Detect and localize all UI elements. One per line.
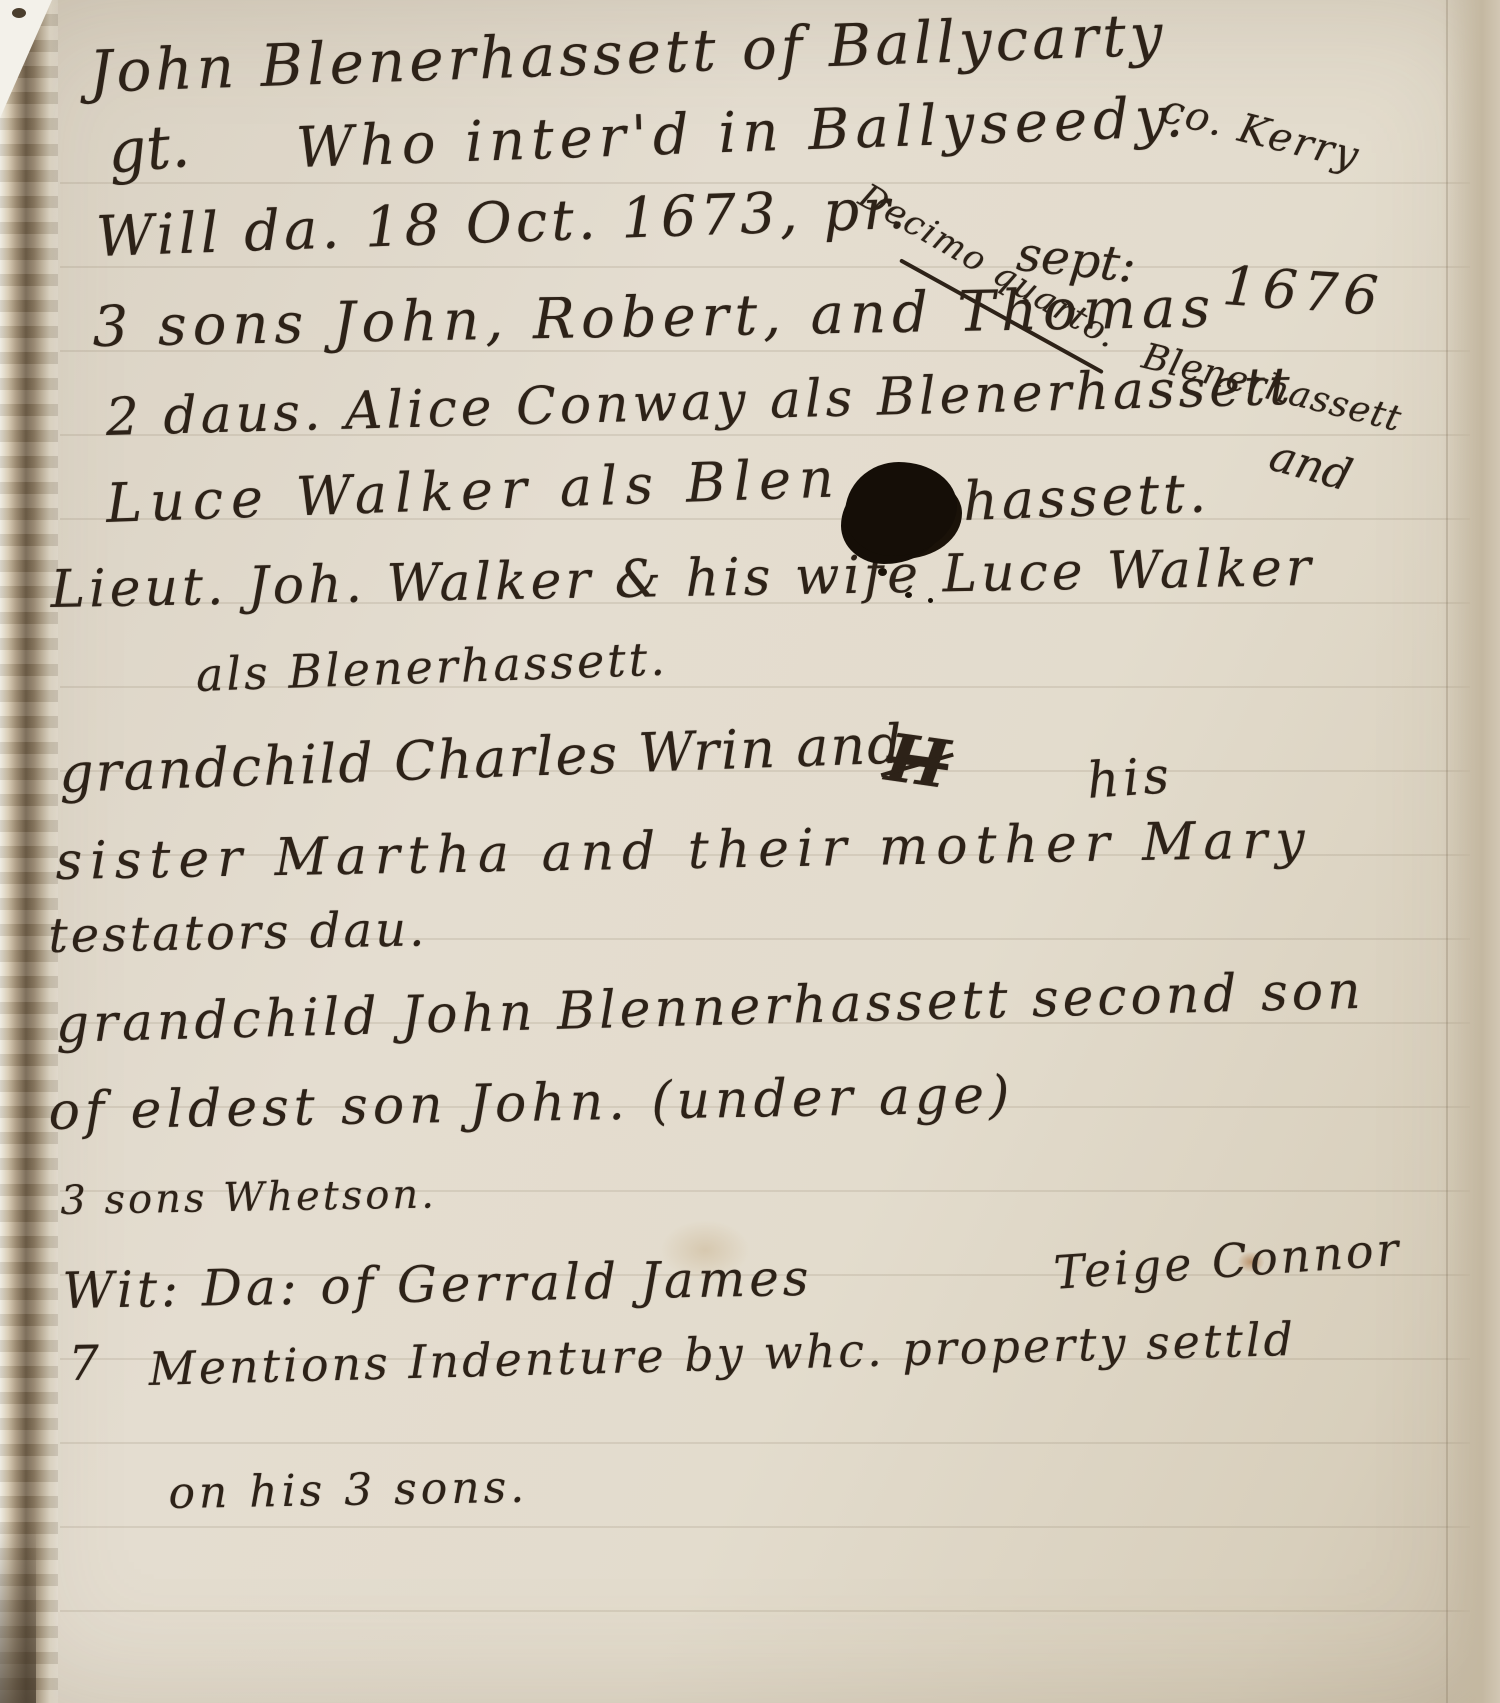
line-witness: Wit: Da: of Gerrald James xyxy=(62,1249,813,1320)
line-luce-walker-left: Luce Walker als Blen xyxy=(105,446,843,535)
line-witness-teige-connor: Teige Connor xyxy=(1052,1222,1403,1300)
struck-out-letter: H xyxy=(881,718,954,804)
line-on-his-sons: on his 3 sons. xyxy=(168,1462,529,1519)
line-eldest-son: of eldest son John. (under age) xyxy=(48,1065,1015,1142)
line-three-sons: 3 sons Whetson. xyxy=(60,1171,437,1224)
line-will-date: Will da. 18 Oct. 1673, pr. xyxy=(95,177,911,270)
line-daughters: 2 daus. Alice Conway als Blenerhassett xyxy=(105,357,1295,448)
line-testators-dau: testators dau. xyxy=(48,901,428,964)
ink-blot-dot xyxy=(878,568,887,576)
line-sister-martha: sister Martha and their mother Mary xyxy=(55,810,1313,892)
bottom-left-shadow xyxy=(0,1523,36,1703)
book-page-edges xyxy=(0,0,58,1703)
edge-ink-spot xyxy=(12,8,26,18)
line-grandchild-charles: grandchild Charles Wrin and xyxy=(58,713,905,805)
line-sons: 3 sons John, Robert, and Thomas xyxy=(92,275,1217,360)
line-burial: Who inter'd in Ballyseedy. xyxy=(295,85,1190,181)
line-probate-year: 1676 xyxy=(1221,254,1386,328)
ink-blot-dot xyxy=(905,592,912,598)
line-luce-walker-right: hassett. xyxy=(962,461,1211,533)
page-crease xyxy=(1446,0,1448,1703)
line-gent-abbrev: gt. xyxy=(105,111,192,188)
line-item-number: 7 xyxy=(68,1335,100,1392)
line-grandchild-his: his xyxy=(1085,746,1175,810)
ink-blot-dot xyxy=(928,598,933,603)
line-grandchild-john: grandchild John Blennerhassett second so… xyxy=(55,961,1365,1055)
line-lieut-walker: Lieut. Joh. Walker & his wife Luce Walke… xyxy=(50,538,1315,620)
line-indenture: Mentions Indenture by whc. property sett… xyxy=(148,1312,1297,1396)
right-page-edge xyxy=(1442,0,1500,1703)
line-name-title: John Blenerhassett of Ballycarty xyxy=(88,0,1168,106)
ink-blot xyxy=(845,462,957,556)
line-daughters-and: and xyxy=(1264,430,1358,502)
manuscript-photo: John Blenerhassett of Ballycarty co. Ker… xyxy=(0,0,1500,1703)
line-als-blenerhassett: als Blenerhassett. xyxy=(195,632,669,702)
